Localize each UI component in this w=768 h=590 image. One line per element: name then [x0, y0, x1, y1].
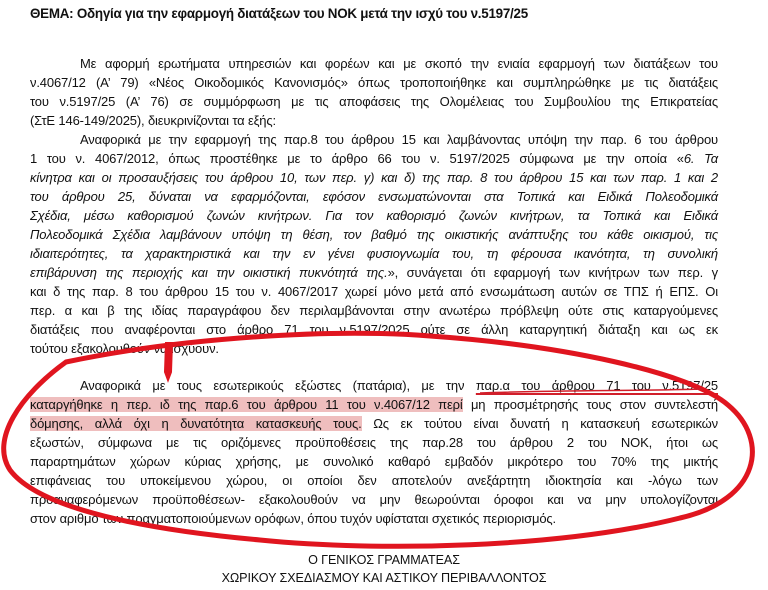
quoted-line: Σχέδια, μέσω καθορισμού ζωνών κινήτρων. … — [30, 206, 718, 225]
paragraph-intro: Με αφορμή ερωτήματα υπηρεσιών και φορέων… — [30, 54, 718, 130]
paragraph-incentives: Αναφορικά με την εφαρμογή της παρ.8 του … — [30, 130, 718, 358]
text-line: επιβάρυνση της περιοχής και την οικιστικ… — [30, 263, 718, 282]
quoted-line: Πολεοδομικά Σχέδια λαμβάνουν υπόψη τη θέ… — [30, 225, 718, 244]
text-segment: 1 του ν. 4067/2012, όπως προστέθηκε με τ… — [30, 151, 684, 166]
text-line: ν.4067/12 (Α’ 79) «Νέος Οικοδομικός Κανο… — [30, 73, 718, 92]
text-line: και δ της παρ. 8 του άρθρου 15 του ν. 40… — [30, 282, 718, 301]
underlined-reference: παρ.α του άρθρου 71 του ν.5197/25 — [476, 378, 718, 393]
quoted-line: του άρθρου 25, δύναται να εφαρμόζονται, … — [30, 187, 718, 206]
text-line: εξωστών, σύμφωνα με τις οριζόμενες προϋπ… — [30, 433, 718, 452]
quoted-text: 6. Τα — [684, 151, 718, 166]
text-line: παραρτημάτων χώρων κύριας χρήσης, με συν… — [30, 452, 718, 471]
text-line: Αναφορικά με την εφαρμογή της παρ.8 του … — [30, 130, 718, 149]
text-segment: Αναφορικά με τους εσωτερικούς εξώστες (π… — [80, 378, 476, 393]
text-line: Με αφορμή ερωτήματα υπηρεσιών και φορέων… — [30, 54, 718, 73]
text-line: του ν.5197/25 (Α’ 76) σε συμμόρφωση με τ… — [30, 92, 718, 111]
text-line: (ΣτΕ 146-149/2025), διευκρινίζονται τα ε… — [30, 111, 718, 130]
quoted-line: κίνητρα και οι προσαυξήσεις του άρθρου 1… — [30, 168, 718, 187]
quoted-text: επιβάρυνση της περιοχής και την οικιστικ… — [30, 265, 388, 280]
text-line: περ. α και β της ιδίας παραγράφου δεν πε… — [30, 301, 718, 320]
highlighted-text: καταργήθηκε η περ. ιδ της παρ.6 του άρθρ… — [30, 397, 463, 412]
paragraph-internal-balconies: Αναφορικά με τους εσωτερικούς εξώστες (π… — [30, 376, 718, 528]
text-line: επιφάνειας του υποκείμενου χώρου, οι οπο… — [30, 471, 718, 490]
text-line: 1 του ν. 4067/2012, όπως προστέθηκε με τ… — [30, 149, 718, 168]
signature-department: ΧΩΡΙΚΟΥ ΣΧΕΔΙΑΣΜΟΥ ΚΑΙ ΑΣΤΙΚΟΥ ΠΕΡΙΒΑΛΛΟ… — [0, 569, 768, 587]
text-line: διατάξεις που αναφέρονται στο άρθρο 71 τ… — [30, 320, 718, 339]
text-line: προαναφερόμενων προϋποθέσεων- εξακολουθο… — [30, 490, 718, 509]
text-line: στον αριθμό των πραγματοποιούμενων ορόφω… — [30, 509, 718, 528]
document-subject: ΘΕΜΑ: Οδηγία για την εφαρμογή διατάξεων … — [30, 6, 528, 21]
text-segment: », συνάγεται ότι εφαρμογή των κινήτρων τ… — [388, 265, 718, 280]
signature-title: Ο ΓΕΝΙΚΟΣ ΓΡΑΜΜΑΤΕΑΣ — [0, 551, 768, 569]
quoted-line: ιδιαιτερότητες, τα χαρακτηριστικά και τη… — [30, 244, 718, 263]
text-segment: μη προσμέτρησής τους στον συντελεστή — [463, 397, 718, 412]
text-line: δόμησης, αλλά όχι η δυνατότητα κατασκευή… — [30, 414, 718, 433]
document-page: ΘΕΜΑ: Οδηγία για την εφαρμογή διατάξεων … — [0, 0, 768, 590]
text-line: τούτου εξακολουθούν να ισχύουν. — [30, 339, 718, 358]
text-segment: Ως εκ τούτου είναι δυνατή η κατασκευή εσ… — [362, 416, 718, 431]
text-line: Αναφορικά με τους εσωτερικούς εξώστες (π… — [30, 376, 718, 395]
highlighted-text: δόμησης, αλλά όχι η δυνατότητα κατασκευή… — [30, 416, 362, 431]
text-line: καταργήθηκε η περ. ιδ της παρ.6 του άρθρ… — [30, 395, 718, 414]
